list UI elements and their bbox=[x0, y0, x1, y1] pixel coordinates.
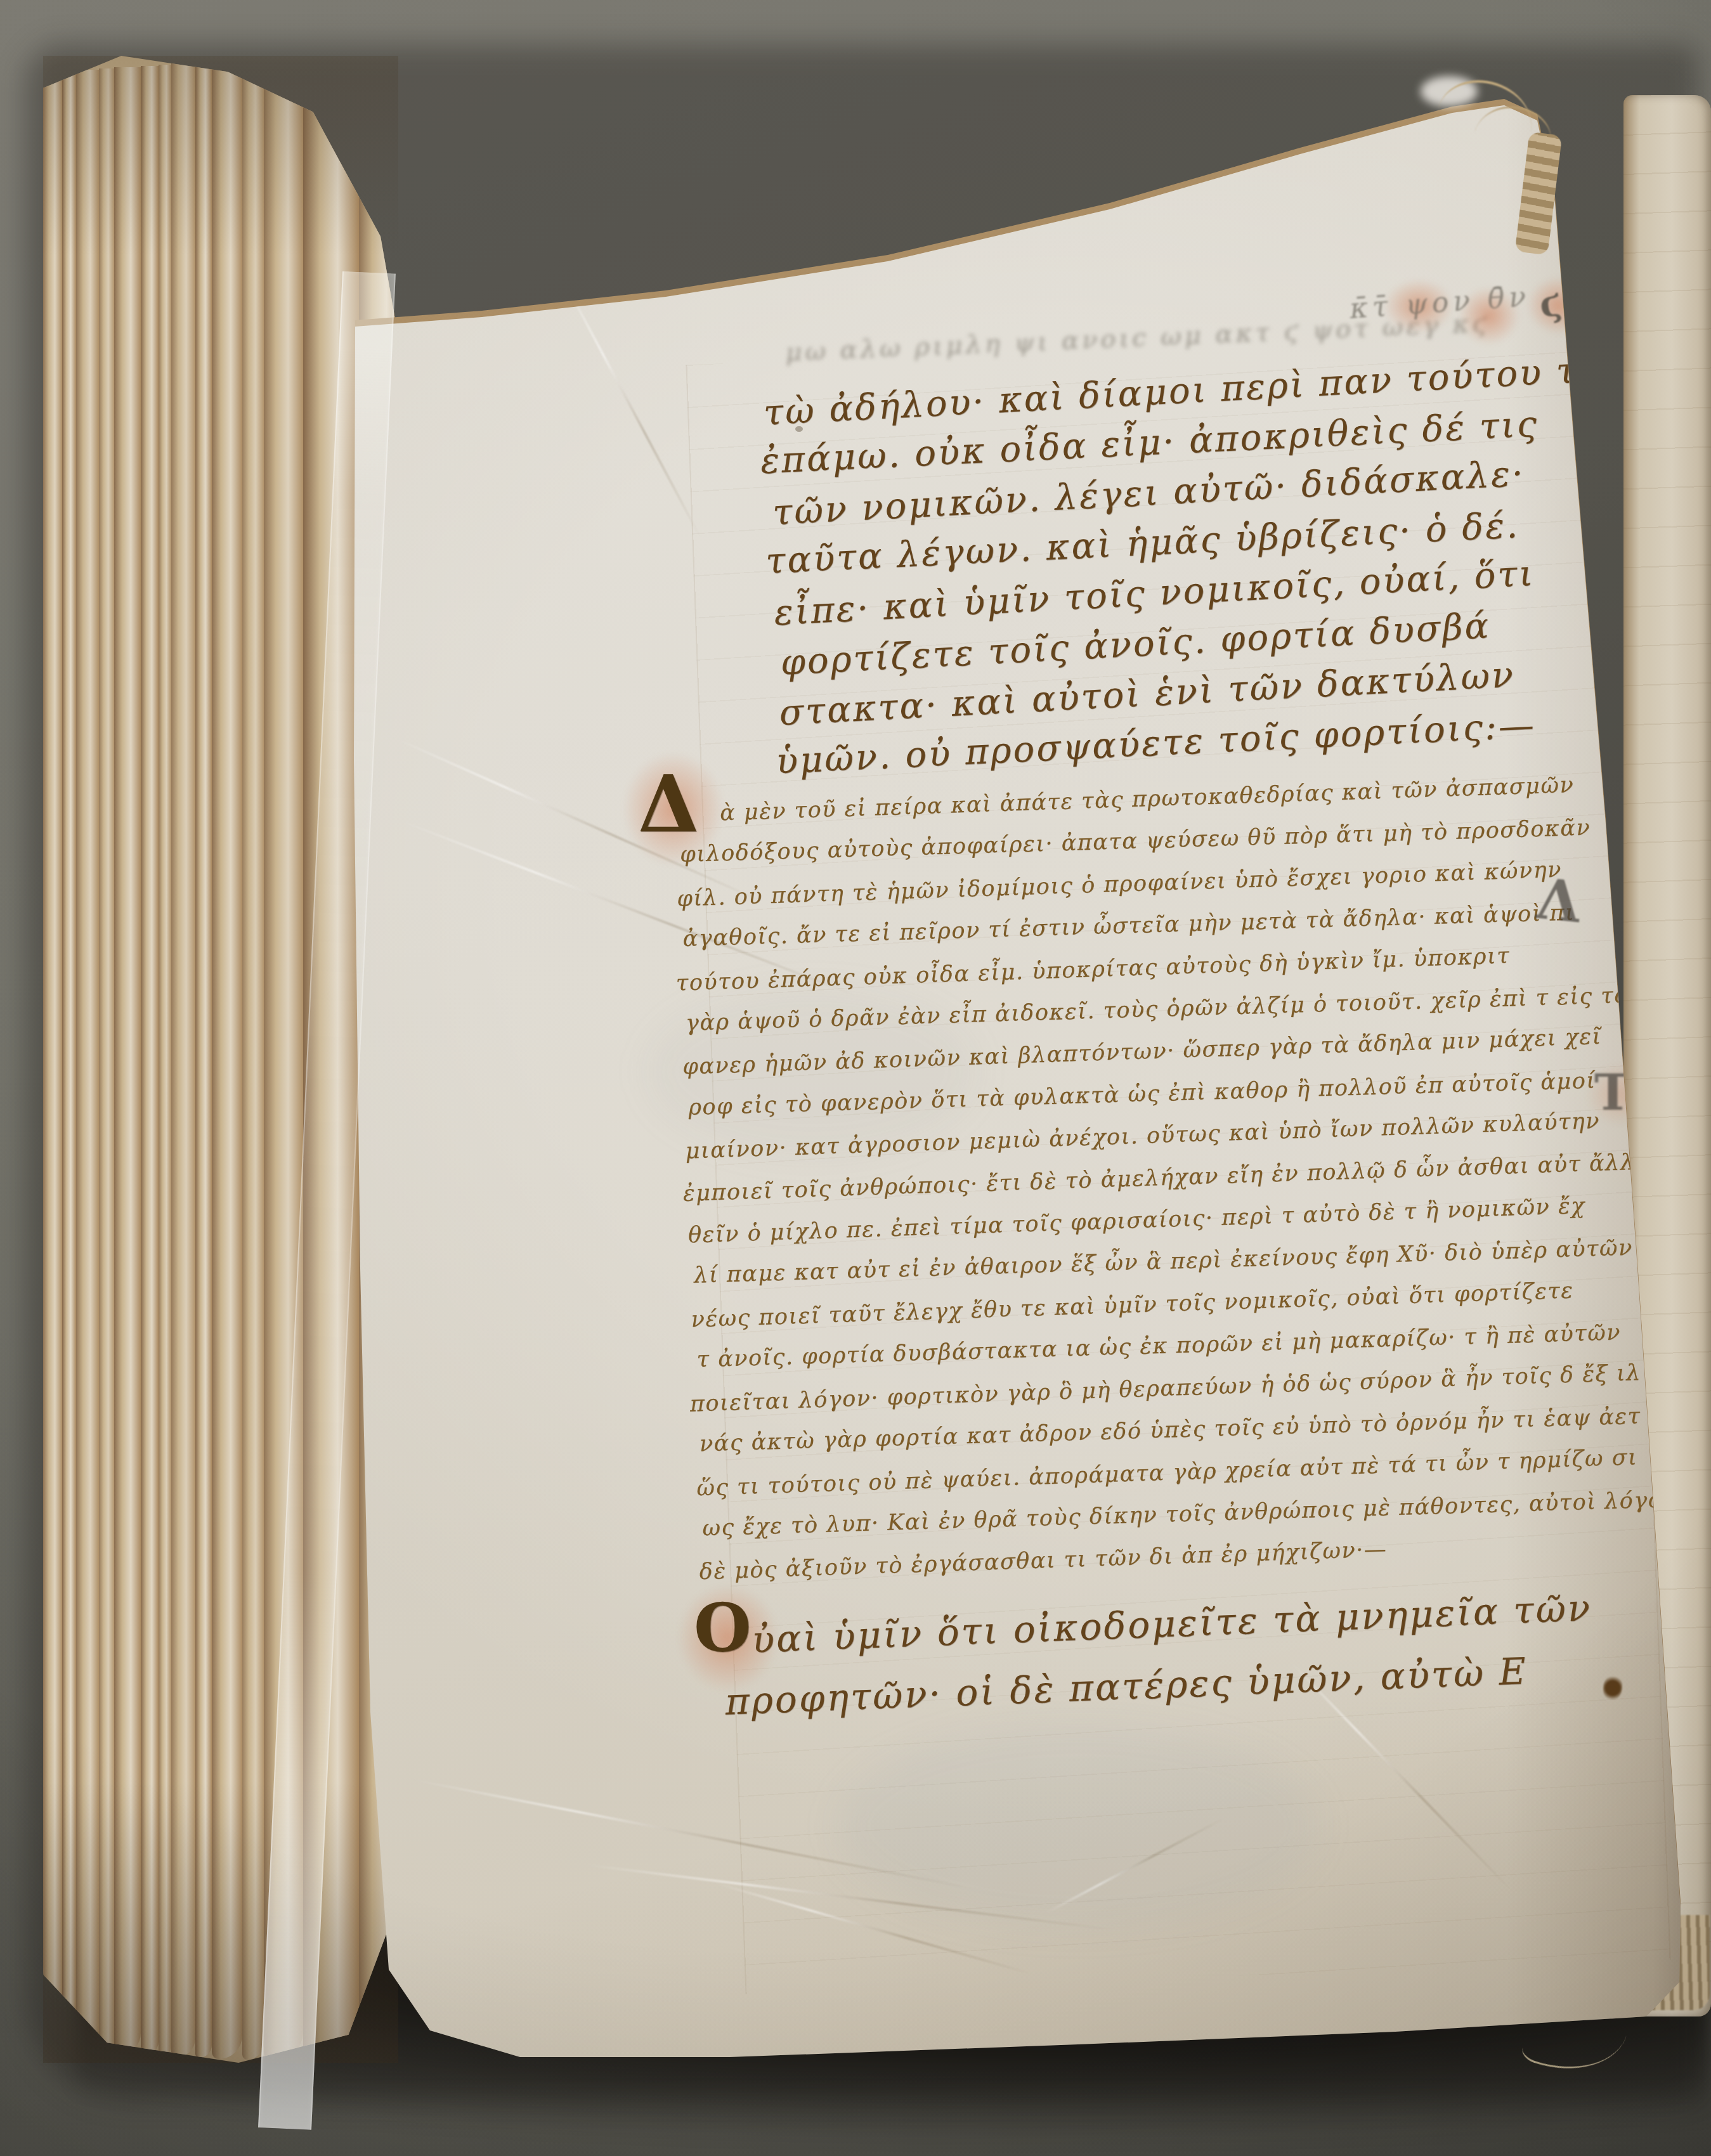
leaf-edge bbox=[43, 72, 62, 2050]
leaf-edge bbox=[62, 71, 76, 2051]
leaf-edge bbox=[141, 66, 159, 2055]
margin-capital-lambda: Λ bbox=[1534, 866, 1584, 936]
initial-omicron: Ο bbox=[694, 1589, 751, 1667]
leaf-edge bbox=[242, 60, 264, 2060]
leaf-edge bbox=[76, 70, 99, 2052]
manuscript-photo: μω αλω ριμλη ψι ανοιϲ ωμ ακτ ϛ ψοτ ωεγ κ… bbox=[0, 0, 1711, 2156]
gospel-text-upper: τὼ ἀδήλου· καὶ δίαμοι περὶ παν τούτου τε… bbox=[762, 343, 1644, 788]
leaf-edge bbox=[171, 63, 195, 2057]
leaf-edge bbox=[114, 67, 141, 2054]
bleedthrough-patch bbox=[837, 1725, 1319, 1928]
leaf-edge bbox=[159, 65, 171, 2056]
leaf-edge bbox=[212, 61, 242, 2059]
commentary-text: ὰ μὲν τοῦ εἰ πείρα καὶ ἀπάτε τὰς πρωτοκα… bbox=[673, 762, 1663, 1594]
leaf-edge bbox=[195, 62, 212, 2058]
crease bbox=[560, 275, 702, 540]
leaf-edge bbox=[99, 68, 114, 2053]
